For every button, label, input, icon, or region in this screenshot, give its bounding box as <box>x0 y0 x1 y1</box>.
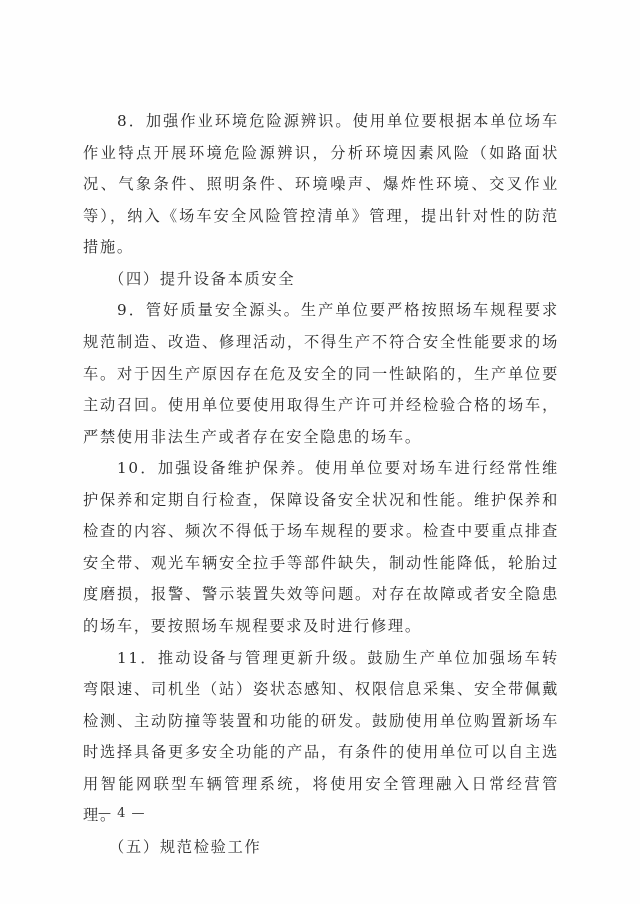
paragraph-item-8: 8．加强作业环境危险源辨识。使用单位要根据本单位场车作业特点开展环境危险源辨识，… <box>83 106 559 264</box>
page-number: — 4 — <box>98 803 146 825</box>
paragraph-item-9: 9．管好质量安全源头。生产单位要严格按照场车规程要求规范制造、改造、修理活动，不… <box>83 295 559 453</box>
document-body: 8．加强作业环境危险源辨识。使用单位要根据本单位场车作业特点开展环境危险源辨识，… <box>83 106 559 864</box>
section-heading-5: （五）规范检验工作 <box>83 832 559 864</box>
paragraph-item-11: 11．推动设备与管理更新升级。鼓励生产单位加强场车转弯限速、司机坐（站）姿状态感… <box>83 643 559 832</box>
document-page: 8．加强作业环境危险源辨识。使用单位要根据本单位场车作业特点开展环境危险源辨识，… <box>0 0 640 904</box>
paragraph-item-10: 10．加强设备维护保养。使用单位要对场车进行经常性维护保养和定期自行检查，保障设… <box>83 453 559 642</box>
section-heading-4: （四）提升设备本质安全 <box>83 264 559 296</box>
